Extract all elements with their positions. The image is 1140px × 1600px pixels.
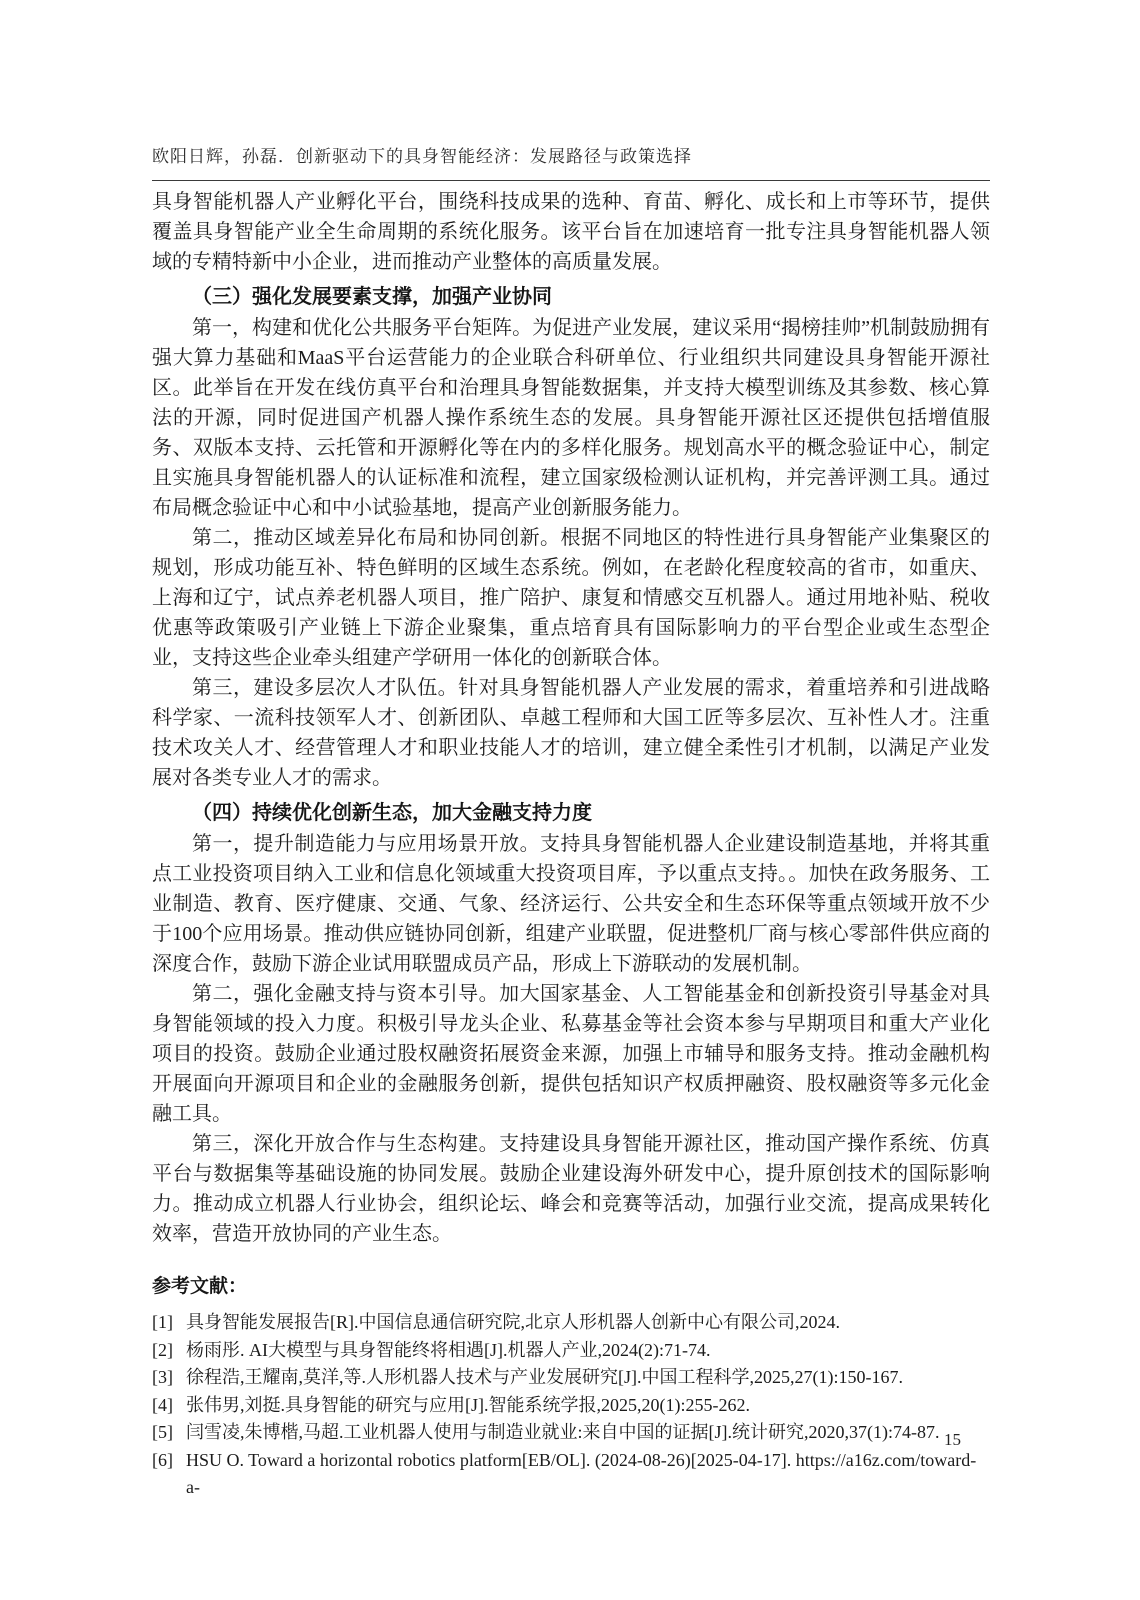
paragraph: 第三，建设多层次人才队伍。针对具身智能机器人产业发展的需求，着重培养和引进战略科… xyxy=(152,673,990,793)
reference-text: HSU O. Toward a horizontal robotics plat… xyxy=(186,1447,990,1502)
reference-item: [2] 杨雨彤. AI大模型与具身智能终将相遇[J].机器人产业,2024(2)… xyxy=(152,1337,990,1365)
section-heading-3: （三）强化发展要素支撑，加强产业协同 xyxy=(152,282,990,312)
reference-label: [4] xyxy=(152,1392,186,1420)
reference-item: [4] 张伟男,刘挺.具身智能的研究与应用[J].智能系统学报,2025,20(… xyxy=(152,1392,990,1420)
paragraph: 第二，推动区域差异化布局和协同创新。根据不同地区的特性进行具身智能产业集聚区的规… xyxy=(152,523,990,673)
references-section: 参考文献： [1] 具身智能发展报告[R].中国信息通信研究院,北京人形机器人创… xyxy=(152,1273,990,1502)
running-header: 欧阳日辉，孙磊．创新驱动下的具身智能经济：发展路径与政策选择 xyxy=(152,146,990,181)
reference-label: [2] xyxy=(152,1337,186,1365)
paragraph: 第一，提升制造能力与应用场景开放。支持具身智能机器人企业建设制造基地，并将其重点… xyxy=(152,829,990,979)
reference-item: [6] HSU O. Toward a horizontal robotics … xyxy=(152,1447,990,1502)
journal-page: 欧阳日辉，孙磊．创新驱动下的具身智能经济：发展路径与政策选择 具身智能机器人产业… xyxy=(0,0,1140,1600)
article-body: 具身智能机器人产业孵化平台，围绕科技成果的选种、育苗、孵化、成长和上市等环节，提… xyxy=(152,187,990,1249)
reference-text: 徐程浩,王耀南,莫洋,等.人形机器人技术与产业发展研究[J].中国工程科学,20… xyxy=(186,1364,990,1392)
paragraph: 第三，深化开放合作与生态构建。支持建设具身智能开源社区，推动国产操作系统、仿真平… xyxy=(152,1129,990,1249)
reference-text: 张伟男,刘挺.具身智能的研究与应用[J].智能系统学报,2025,20(1):2… xyxy=(186,1392,990,1420)
reference-item: [5] 闫雪凌,朱博楷,马超.工业机器人使用与制造业就业:来自中国的证据[J].… xyxy=(152,1419,990,1447)
section-heading-4: （四）持续优化创新生态，加大金融支持力度 xyxy=(152,798,990,828)
reference-item: [3] 徐程浩,王耀南,莫洋,等.人形机器人技术与产业发展研究[J].中国工程科… xyxy=(152,1364,990,1392)
reference-text: 闫雪凌,朱博楷,马超.工业机器人使用与制造业就业:来自中国的证据[J].统计研究… xyxy=(186,1419,990,1447)
paragraph-continuation: 具身智能机器人产业孵化平台，围绕科技成果的选种、育苗、孵化、成长和上市等环节，提… xyxy=(152,187,990,277)
paragraph: 第二，强化金融支持与资本引导。加大国家基金、人工智能基金和创新投资引导基金对具身… xyxy=(152,979,990,1129)
reference-text: 具身智能发展报告[R].中国信息通信研究院,北京人形机器人创新中心有限公司,20… xyxy=(186,1309,990,1337)
reference-label: [5] xyxy=(152,1419,186,1447)
reference-text: 杨雨彤. AI大模型与具身智能终将相遇[J].机器人产业,2024(2):71-… xyxy=(186,1337,990,1365)
references-title: 参考文献： xyxy=(152,1273,990,1301)
reference-item: [1] 具身智能发展报告[R].中国信息通信研究院,北京人形机器人创新中心有限公… xyxy=(152,1309,990,1337)
reference-label: [1] xyxy=(152,1309,186,1337)
page-number: 15 xyxy=(944,1430,961,1450)
reference-label: [3] xyxy=(152,1364,186,1392)
reference-label: [6] xyxy=(152,1447,186,1502)
page-content: 欧阳日辉，孙磊．创新驱动下的具身智能经济：发展路径与政策选择 具身智能机器人产业… xyxy=(152,146,990,1502)
paragraph: 第一，构建和优化公共服务平台矩阵。为促进产业发展，建议采用“揭榜挂帅”机制鼓励拥… xyxy=(152,313,990,523)
